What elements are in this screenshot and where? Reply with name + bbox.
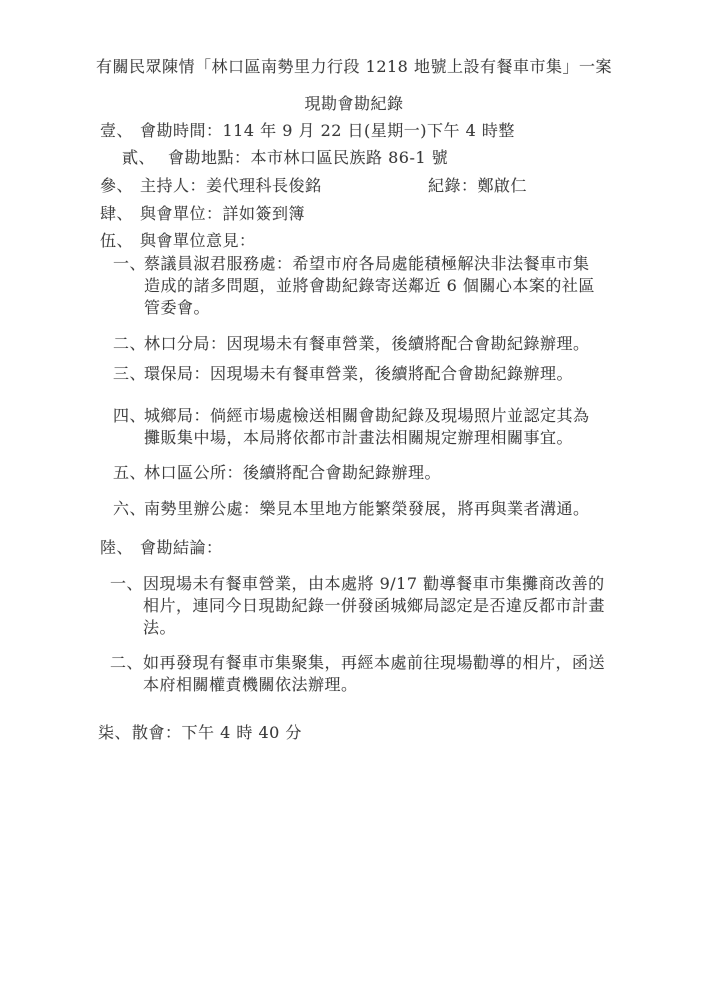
opinion-item: 一、 蔡議員淑君服務處：希望市府各局處能積極解決非法餐車市集造成的諸多問題，並將… xyxy=(113,253,708,319)
conclusion-item: 一、 因現場未有餐車營業，由本處將 9/17 勸導餐車市集攤商改善的相片，連同今… xyxy=(110,573,708,639)
item-marker: 四、 xyxy=(113,405,144,427)
section-conclusions-heading: 陸、 會勘結論： xyxy=(100,537,708,559)
document-page: 有關民眾陳情「林口區南勢里力行段 1218 地號上設有餐車市集」一案 現勘會勘紀… xyxy=(0,0,708,1000)
section-marker: 陸、 xyxy=(100,537,140,559)
item-text: 因現場未有餐車營業，由本處將 9/17 勸導餐車市集攤商改善的相片，連同今日現勘… xyxy=(143,573,605,639)
item-marker: 二、 xyxy=(113,333,144,355)
recorder-text: 紀錄：鄭啟仁 xyxy=(428,175,527,197)
item-marker: 二、 xyxy=(110,652,143,674)
item-text: 環保局：因現場未有餐車營業，後續將配合會勘紀錄辦理。 xyxy=(144,363,604,385)
item-text: 如再發現有餐車市集聚集，再經本處前往現場勸導的相片，函送本府相關權責機關依法辦理… xyxy=(143,652,605,696)
item-text: 林口區公所：後續將配合會勘紀錄辦理。 xyxy=(144,462,604,484)
section-meeting-time: 壹、 會勘時間：114 年 9 月 22 日(星期一)下午 4 時整 xyxy=(100,120,708,142)
opinion-item: 三、 環保局：因現場未有餐車營業，後續將配合會勘紀錄辦理。 xyxy=(113,363,708,385)
section-text: 與會單位意見： xyxy=(140,230,256,252)
item-text: 蔡議員淑君服務處：希望市府各局處能積極解決非法餐車市集造成的諸多問題，並將會勘紀… xyxy=(144,253,604,319)
item-marker: 六、 xyxy=(113,498,144,520)
item-marker: 一、 xyxy=(110,573,143,595)
item-text: 城鄉局：倘經市場處檢送相關會勘紀錄及現場照片並認定其為攤販集中場，本局將依都市計… xyxy=(144,405,604,449)
section-meeting-place: 貳、 會勘地點：本市林口區民族路 86-1 號 xyxy=(122,147,708,169)
doc-title-line1: 有關民眾陳情「林口區南勢里力行段 1218 地號上設有餐車市集」一案 xyxy=(0,0,708,78)
section-marker: 伍、 xyxy=(100,230,140,252)
section-text: 會勘時間：114 年 9 月 22 日(星期一)下午 4 時整 xyxy=(140,120,515,142)
section-marker: 壹、 xyxy=(100,120,140,142)
section-marker: 肆、 xyxy=(100,203,140,225)
item-marker: 一、 xyxy=(113,253,144,275)
section-host: 參、 主持人：姜代理科長俊銘 紀錄：鄭啟仁 xyxy=(100,175,708,197)
section-opinions-heading: 伍、 與會單位意見： xyxy=(100,230,708,252)
section-attendees: 肆、 與會單位：詳如簽到簿 xyxy=(100,203,708,225)
opinion-item: 五、 林口區公所：後續將配合會勘紀錄辦理。 xyxy=(113,462,708,484)
section-adjourn: 柒、 散會：下午 4 時 40 分 xyxy=(98,722,708,744)
item-text: 林口分局：因現場未有餐車營業，後續將配合會勘紀錄辦理。 xyxy=(144,333,604,355)
doc-title-line2: 現勘會勘紀錄 xyxy=(0,93,708,115)
opinion-item: 二、 林口分局：因現場未有餐車營業，後續將配合會勘紀錄辦理。 xyxy=(113,333,708,355)
item-marker: 五、 xyxy=(113,462,144,484)
section-marker: 柒、 xyxy=(98,722,132,744)
item-marker: 三、 xyxy=(113,363,144,385)
section-marker: 參、 xyxy=(100,175,140,197)
section-text: 會勘結論： xyxy=(140,537,223,559)
section-text: 與會單位：詳如簽到簿 xyxy=(140,203,305,225)
opinion-item: 四、 城鄉局：倘經市場處檢送相關會勘紀錄及現場照片並認定其為攤販集中場，本局將依… xyxy=(113,405,708,449)
section-text: 會勘地點：本市林口區民族路 86-1 號 xyxy=(168,147,448,169)
conclusion-item: 二、 如再發現有餐車市集聚集，再經本處前往現場勸導的相片，函送本府相關權責機關依… xyxy=(110,652,708,696)
section-text: 主持人：姜代理科長俊銘 xyxy=(140,175,322,197)
item-text: 南勢里辦公處：樂見本里地方能繁榮發展，將再與業者溝通。 xyxy=(144,498,604,520)
section-marker: 貳、 xyxy=(122,147,168,169)
opinion-item: 六、 南勢里辦公處：樂見本里地方能繁榮發展，將再與業者溝通。 xyxy=(113,498,708,520)
section-text: 散會：下午 4 時 40 分 xyxy=(132,722,302,744)
